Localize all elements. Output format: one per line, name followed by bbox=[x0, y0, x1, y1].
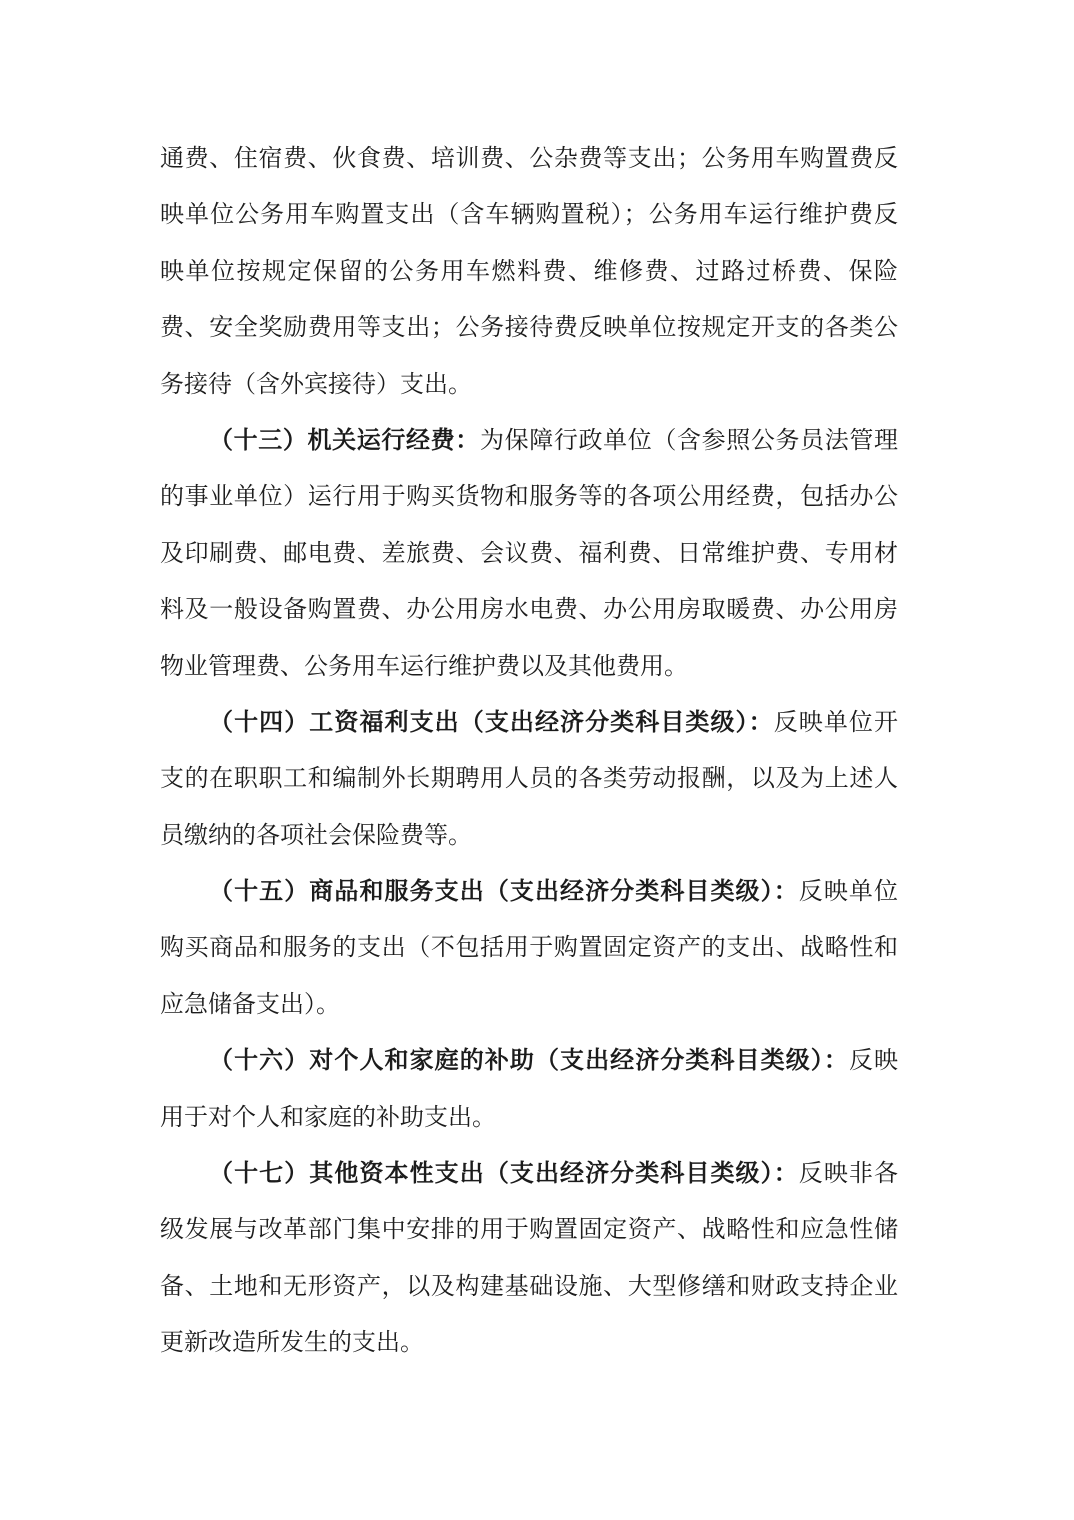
text-line-16: 应急储备支出）。 bbox=[160, 977, 898, 1033]
text-line-11: （十四）工资福利支出（支出经济分类科目类级）：反映单位开 bbox=[160, 695, 898, 751]
text-line-7: 的事业单位）运行用于购买货物和服务等的各项公用经费，包括办公 bbox=[160, 469, 898, 525]
paragraph-heading: （十五）商品和服务支出（支出经济分类科目类级）： bbox=[209, 879, 799, 905]
text-line-10: 物业管理费、公务用车运行维护费以及其他费用。 bbox=[160, 639, 898, 695]
document-text-block: 通费、住宿费、伙食费、培训费、公杂费等支出；公务用车购置费反映单位公务用车购置支… bbox=[160, 131, 898, 1372]
paragraph-heading: （十六）对个人和家庭的补助（支出经济分类科目类级）： bbox=[209, 1048, 849, 1074]
text-line-6: （十三）机关运行经费：为保障行政单位（含参照公务员法管理 bbox=[160, 413, 898, 469]
text-line-15: 购买商品和服务的支出（不包括用于购置固定资产的支出、战略性和 bbox=[160, 920, 898, 976]
text-line-12: 支的在职职工和编制外长期聘用人员的各类劳动报酬，以及为上述人 bbox=[160, 751, 898, 807]
text-line-5: 务接待（含外宾接待）支出。 bbox=[160, 357, 898, 413]
text-line-19: （十七）其他资本性支出（支出经济分类科目类级）：反映非各 bbox=[160, 1146, 898, 1202]
text-line-3: 映单位按规定保留的公务用车燃料费、维修费、过路过桥费、保险 bbox=[160, 244, 898, 300]
paragraph-heading: （十三）机关运行经费： bbox=[209, 428, 480, 454]
text-line-4: 费、安全奖励费用等支出；公务接待费反映单位按规定开支的各类公 bbox=[160, 300, 898, 356]
text-line-17: （十六）对个人和家庭的补助（支出经济分类科目类级）：反映 bbox=[160, 1033, 898, 1089]
text-line-2: 映单位公务用车购置支出（含车辆购置税）；公务用车运行维护费反 bbox=[160, 187, 898, 243]
paragraph-heading: （十七）其他资本性支出（支出经济分类科目类级）： bbox=[209, 1161, 799, 1187]
text-line-14: （十五）商品和服务支出（支出经济分类科目类级）：反映单位 bbox=[160, 864, 898, 920]
document-page: 通费、住宿费、伙食费、培训费、公杂费等支出；公务用车购置费反映单位公务用车购置支… bbox=[0, 0, 1074, 1520]
text-line-13: 员缴纳的各项社会保险费等。 bbox=[160, 808, 898, 864]
paragraph-heading: （十四）工资福利支出（支出经济分类科目类级）： bbox=[209, 710, 774, 736]
text-line-1: 通费、住宿费、伙食费、培训费、公杂费等支出；公务用车购置费反 bbox=[160, 131, 898, 187]
text-line-9: 料及一般设备购置费、办公用房水电费、办公用房取暖费、办公用房 bbox=[160, 582, 898, 638]
text-line-22: 更新改造所发生的支出。 bbox=[160, 1315, 898, 1371]
text-line-18: 用于对个人和家庭的补助支出。 bbox=[160, 1090, 898, 1146]
text-line-21: 备、土地和无形资产，以及构建基础设施、大型修缮和财政支持企业 bbox=[160, 1259, 898, 1315]
text-line-8: 及印刷费、邮电费、差旅费、会议费、福利费、日常维护费、专用材 bbox=[160, 526, 898, 582]
text-line-20: 级发展与改革部门集中安排的用于购置固定资产、战略性和应急性储 bbox=[160, 1202, 898, 1258]
